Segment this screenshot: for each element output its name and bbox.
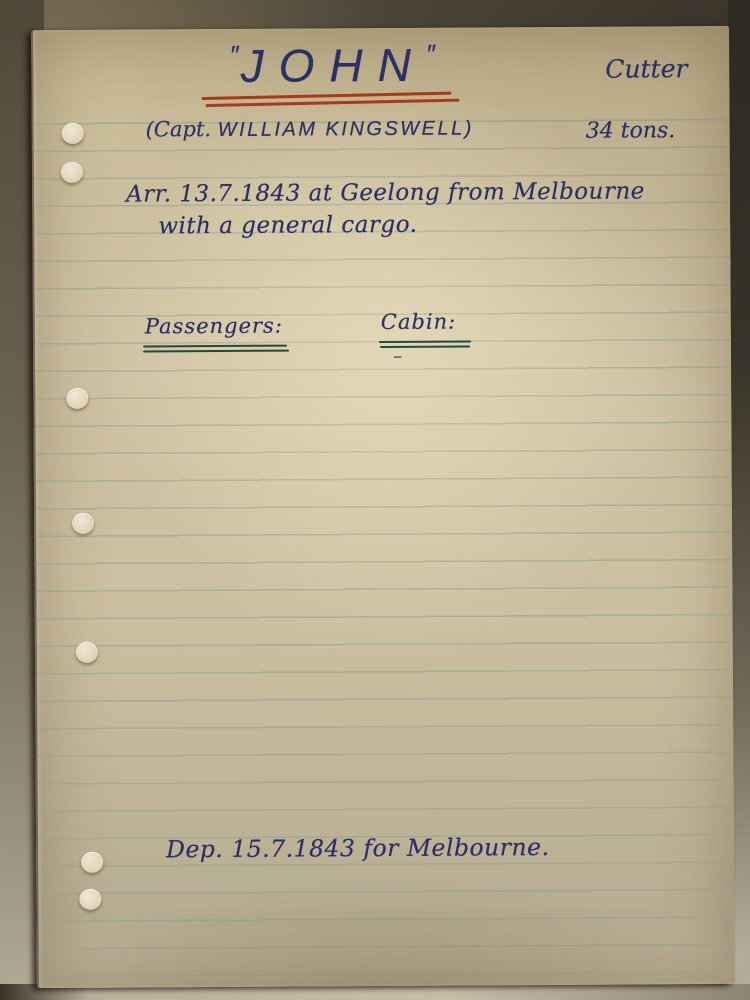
punch-hole	[62, 123, 84, 144]
notebook-page: ″JOHN″ Cutter (Capt. WILLIAM KINGSWELL) …	[31, 26, 735, 988]
punch-hole	[76, 642, 98, 663]
vessel-name: JOHN	[241, 39, 427, 92]
captain-name: WILLIAM KINGSWELL)	[218, 117, 474, 141]
vessel-name-title: ″JOHN″	[183, 37, 483, 93]
punch-hole	[66, 388, 88, 409]
cabin-dash: –	[393, 346, 402, 367]
punch-hole	[79, 889, 101, 910]
captain-line: (Capt. WILLIAM KINGSWELL)	[146, 115, 474, 142]
arrival-note-line2: with a general cargo.	[158, 212, 417, 240]
arrival-note-line1: Arr. 13.7.1843 at Geelong from Melbourne	[126, 178, 645, 207]
vessel-type-label: Cutter	[605, 54, 687, 84]
open-quote-mark: ″	[229, 40, 240, 70]
cabin-heading: Cabin:	[381, 310, 457, 334]
passengers-heading: Passengers:	[145, 314, 283, 339]
punch-hole	[81, 852, 103, 873]
close-quote-mark: ″	[426, 39, 437, 69]
tonnage-label: 34 tons.	[586, 118, 676, 144]
departure-note: Dep. 15.7.1843 for Melbourne.	[166, 833, 550, 863]
punch-hole	[61, 162, 83, 183]
punch-hole	[72, 513, 94, 534]
captain-prefix: (Capt.	[146, 117, 211, 141]
